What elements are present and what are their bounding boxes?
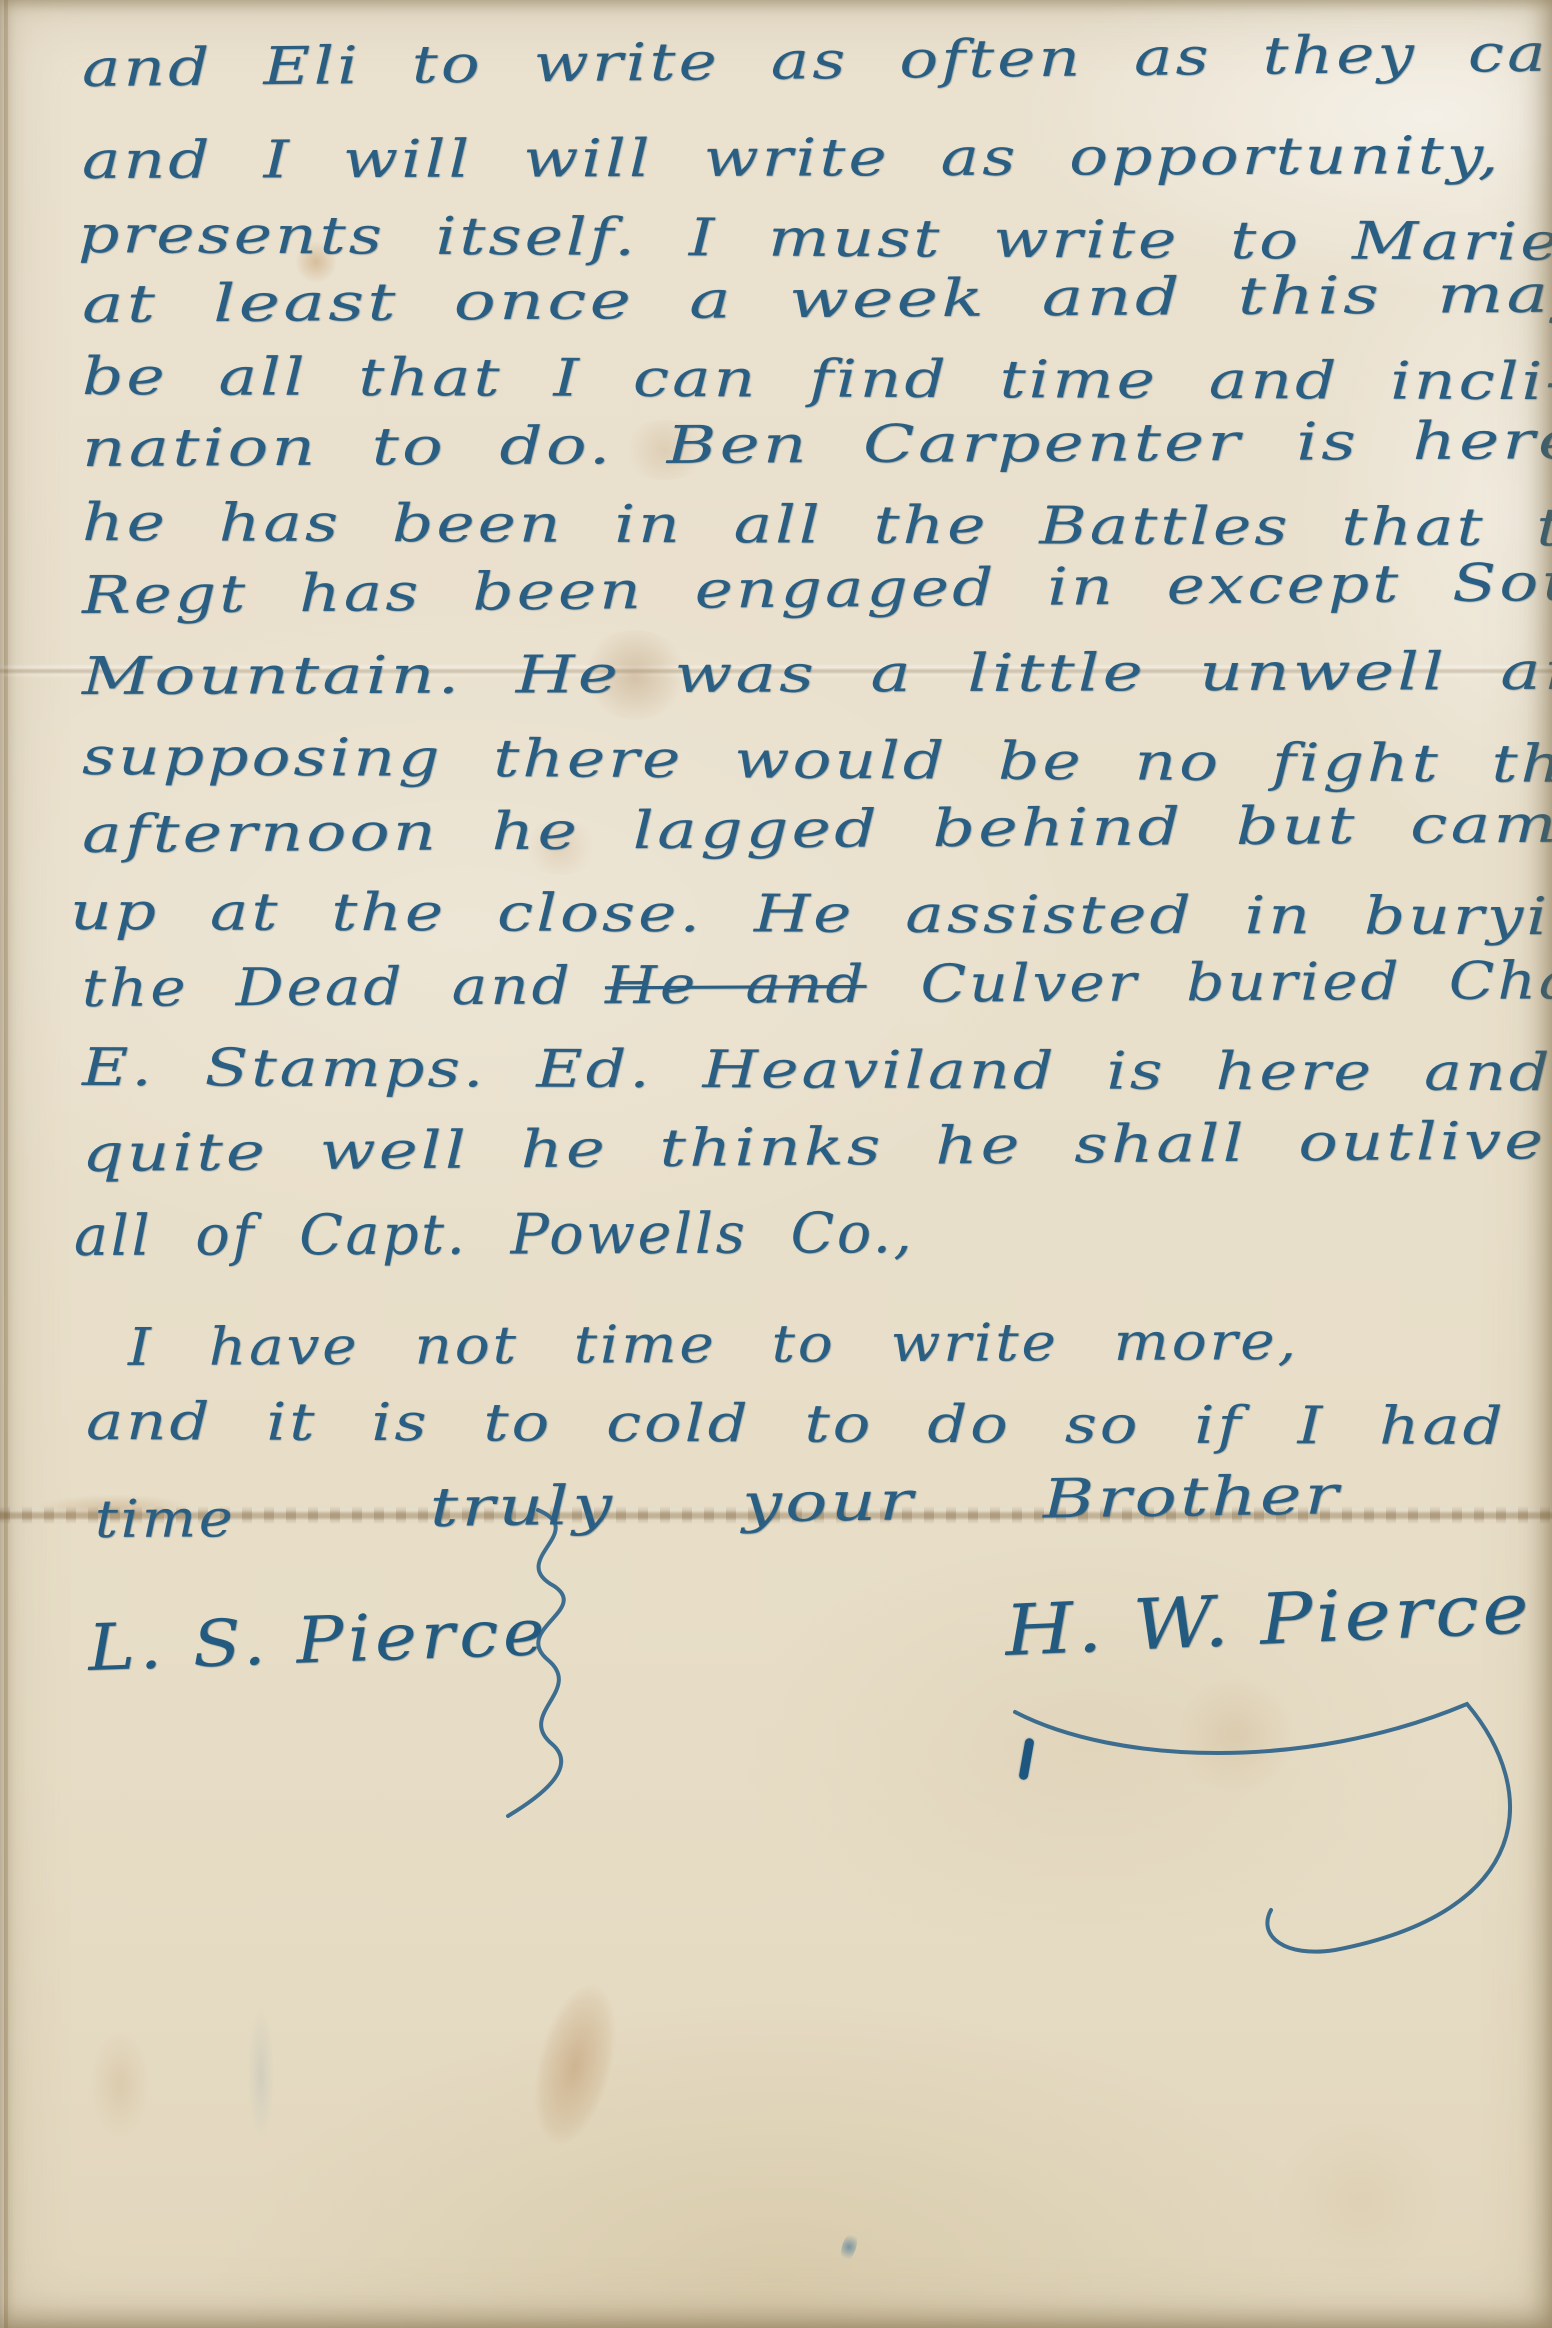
letter-line-13: the Dead andHe and Culver buried Chas xyxy=(82,953,1552,1018)
paper-stain xyxy=(494,1940,656,2190)
letter-line-2: and I will will write as opportunity, xyxy=(82,128,1502,190)
letter-line-18: and it is to cold to do so if I had xyxy=(86,1394,1506,1456)
letter-line-4: at least once a week and this may xyxy=(82,266,1552,334)
line13-struckout-words: He and xyxy=(605,955,867,1016)
letter-line-17: I have not time to write more, xyxy=(128,1314,1299,1377)
paper-stain xyxy=(248,2010,274,2140)
paper-stain xyxy=(1270,2120,1450,2280)
letter-line-10: supposing there would be no fight that xyxy=(82,729,1552,794)
letter-line-12: up at the close. He assisted in burying xyxy=(70,884,1552,947)
line13-suffix: Culver buried Chas xyxy=(873,951,1552,1015)
letter-line-7: he has been in all the Battles that the xyxy=(82,495,1552,558)
ink-blot xyxy=(1018,1738,1034,1781)
paper-left-edge-shadow xyxy=(4,0,8,2328)
letter-line-5: be all that I can find time and incli- xyxy=(82,349,1552,411)
letter-line-3: presents itself. I must write to Mariet xyxy=(78,207,1552,272)
letter-line-16: all of Capt. Powells Co., xyxy=(74,1203,914,1268)
letter-line-15: quite well he thinks he shall outlive xyxy=(82,1113,1547,1183)
paper-stain xyxy=(1180,1670,1290,1800)
signature-author: H. W. Pierce xyxy=(1003,1567,1533,1672)
signature-recipient: L. S. Pierce xyxy=(87,1596,550,1686)
letter-line-8: Regt has been engaged in except South- xyxy=(82,554,1552,625)
paper-stain xyxy=(90,2030,150,2140)
ink-blot xyxy=(838,2231,861,2264)
letter-line-14: E. Stamps. Ed. Heaviland is here and xyxy=(82,1040,1552,1102)
closing-word-time: time xyxy=(95,1491,236,1549)
letter-line-6: nation to do. Ben Carpenter is here xyxy=(82,413,1552,478)
letter-line-9: Mountain. He was a little unwell and xyxy=(82,644,1552,707)
line13-prefix: the Dead and xyxy=(82,956,573,1019)
letter-page: and Eli to write as often as they can an… xyxy=(0,0,1552,2328)
closing-phrase: truly your Brother xyxy=(430,1465,1342,1537)
letter-line-11: afternoon he lagged behind but came xyxy=(82,796,1552,864)
letter-line-1: and Eli to write as often as they can xyxy=(82,25,1552,98)
